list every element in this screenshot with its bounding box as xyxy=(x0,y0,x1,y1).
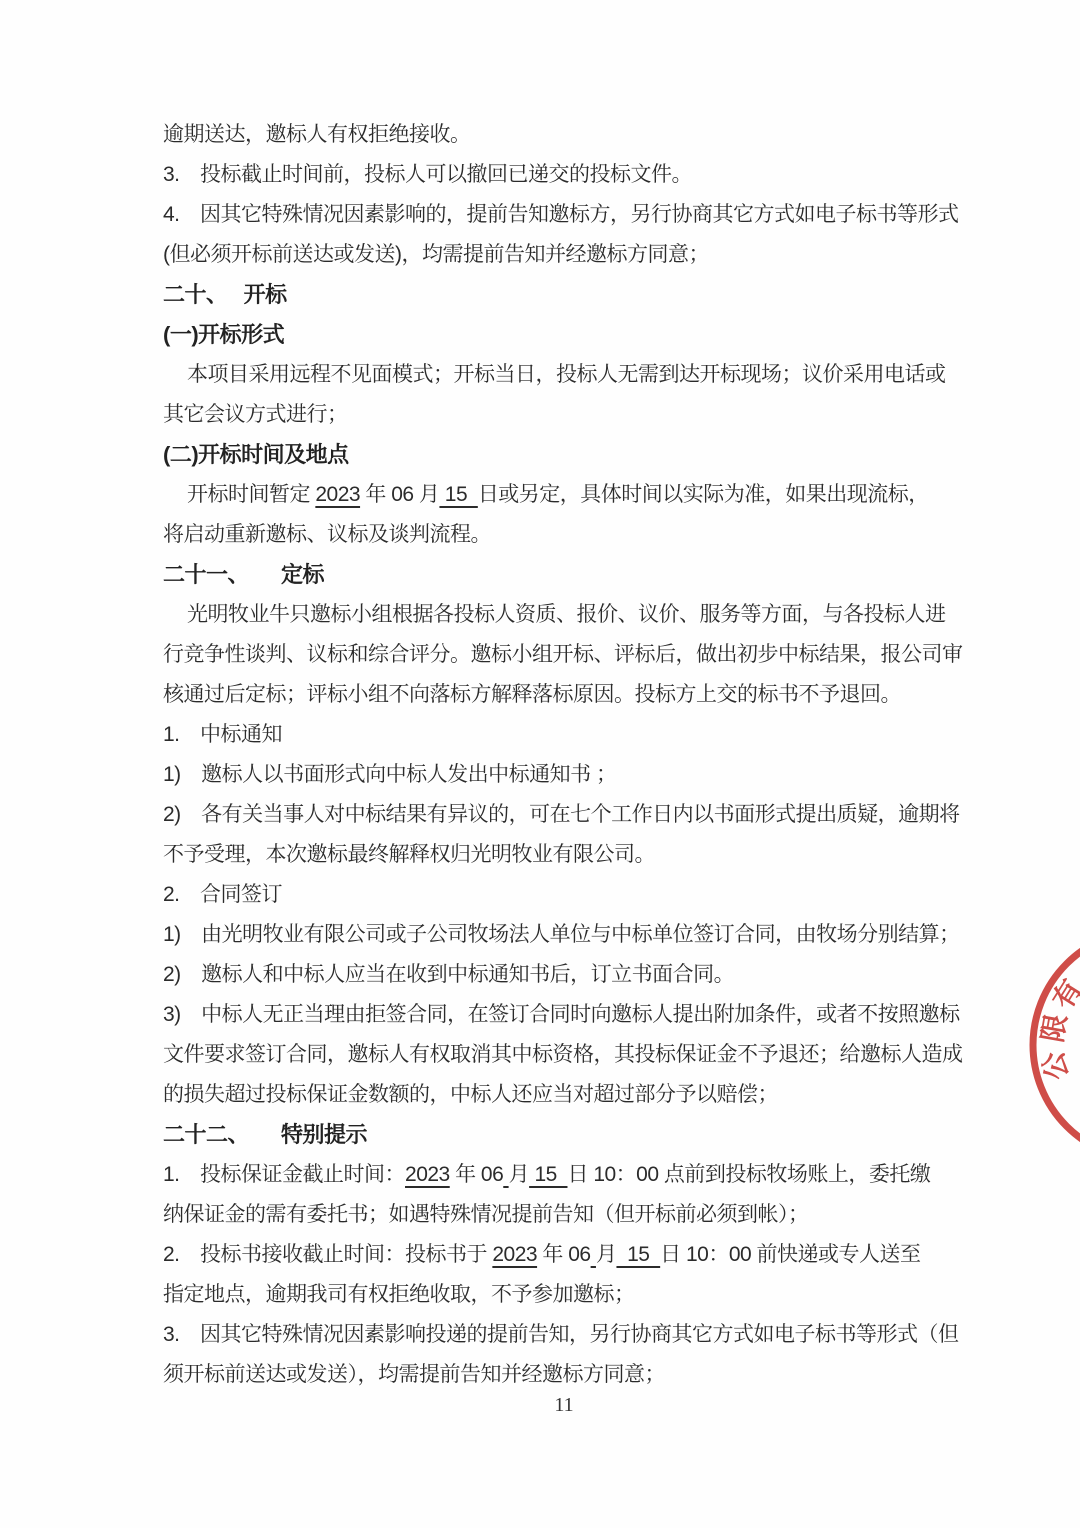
line-text: 指定地点，逾期我司有权拒绝收取，不予参加邀标； xyxy=(163,1283,635,1306)
line-text: 的损失超过投标保证金数额的，中标人还应当对超过部分予以赔偿； xyxy=(163,1083,778,1106)
line-text: 二十一、 定标 xyxy=(163,562,324,587)
document-line: 2. 投标书接收截止时间：投标书于 2023 年 06 月 15 日 10：00… xyxy=(163,1235,993,1275)
line-text: 4. 因其它特殊情况因素影响的，提前告知邀标方，另行协商其它方式如电子标书等形式 xyxy=(163,203,959,226)
line-text: 3. 因其它特殊情况因素影响投递的提前告知，另行协商其它方式如电子标书等形式（但 xyxy=(163,1323,959,1346)
underlined-text: 2023 xyxy=(315,483,360,506)
document-line: 1. 投标保证金截止时间：2023 年 06 月 15 日 10：00 点前到投… xyxy=(163,1155,993,1195)
document-line: 3. 投标截止时间前，投标人可以撤回已递交的投标文件。 xyxy=(163,155,993,195)
line-text: (二)开标时间及地点 xyxy=(163,442,349,467)
document-lines: 逾期送达，邀标人有权拒绝接收。3. 投标截止时间前，投标人可以撤回已递交的投标文… xyxy=(163,115,993,1395)
document-line: 1) 由光明牧业有限公司或子公司牧场法人单位与中标单位签订合同，由牧场分别结算； xyxy=(163,915,993,955)
page-number: 11 xyxy=(0,1394,1080,1417)
line-text: 日 10：00 点前到投标牧场账上，委托缴 xyxy=(567,1163,930,1186)
line-text: 将启动重新邀标、议标及谈判流程。 xyxy=(163,523,491,546)
document-line: 2) 邀标人和中标人应当在收到中标通知书后，订立书面合同。 xyxy=(163,955,993,995)
seal-group: 有 限 公 xyxy=(1033,930,1080,1160)
document-line: (但必须开标前送达或发送)，均需提前告知并经邀标方同意； xyxy=(163,235,993,275)
underlined-text: 15 xyxy=(439,483,477,506)
underlined-text: 2023 xyxy=(492,1243,537,1266)
line-text: 1. 投标保证金截止时间： xyxy=(163,1163,405,1186)
line-text: 2) 各有关当事人对中标结果有异议的，可在七个工作日内以书面形式提出质疑，逾期将 xyxy=(163,803,960,826)
line-text: 3) 中标人无正当理由拒签合同，在签订合同时向邀标人提出附加条件，或者不按照邀标 xyxy=(163,1003,960,1026)
document-line: 文件要求签订合同，邀标人有权取消其中标资格，其投标保证金不予退还；给邀标人造成 xyxy=(163,1035,993,1075)
line-text: (一)开标形式 xyxy=(163,322,284,347)
line-text: 二十二、 特别提示 xyxy=(163,1122,367,1147)
line-text: 年 06 xyxy=(537,1243,591,1266)
line-text: 其它会议方式进行； xyxy=(163,403,348,426)
document-heading-line: (一)开标形式 xyxy=(163,315,993,355)
underlined-text: 2023 xyxy=(405,1163,450,1186)
line-text: 不予受理，本次邀标最终解释权归光明牧业有限公司。 xyxy=(163,843,655,866)
document-line: 3) 中标人无正当理由拒签合同，在签订合同时向邀标人提出附加条件，或者不按照邀标 xyxy=(163,995,993,1035)
document-line: 开标时间暂定 2023 年 06 月 15 日或另定，具体时间以实际为准，如果出… xyxy=(163,475,993,515)
underlined-text: 15 xyxy=(529,1163,567,1186)
line-text: 年 06 xyxy=(450,1163,504,1186)
line-text: (但必须开标前送达或发送)，均需提前告知并经邀标方同意； xyxy=(163,243,709,266)
document-heading-line: 二十、 开标 xyxy=(163,275,993,315)
line-text: 年 06 月 xyxy=(360,483,439,506)
document-line: 须开标前送达或发送），均需提前告知并经邀标方同意； xyxy=(163,1355,993,1395)
document-heading-line: 二十二、 特别提示 xyxy=(163,1115,993,1155)
document-heading-line: 二十一、 定标 xyxy=(163,555,993,595)
line-text: 纳保证金的需有委托书；如遇特殊情况提前告知（但开标前必须到帐）； xyxy=(163,1203,809,1226)
document-line: 3. 因其它特殊情况因素影响投递的提前告知，另行协商其它方式如电子标书等形式（但 xyxy=(163,1315,993,1355)
line-text: 开标时间暂定 xyxy=(187,483,315,506)
line-text: 2. 投标书接收截止时间：投标书于 xyxy=(163,1243,492,1266)
document-line: 纳保证金的需有委托书；如遇特殊情况提前告知（但开标前必须到帐）； xyxy=(163,1195,993,1235)
line-text: 光明牧业牛只邀标小组根据各投标人资质、报价、议价、服务等方面，与各投标人进 xyxy=(187,603,946,626)
document-line: 2) 各有关当事人对中标结果有异议的，可在七个工作日内以书面形式提出质疑，逾期将 xyxy=(163,795,993,835)
document-line: 指定地点，逾期我司有权拒绝收取，不予参加邀标； xyxy=(163,1275,993,1315)
line-text: 1) 邀标人以书面形式向中标人发出中标通知书 ； xyxy=(163,763,617,786)
line-text: 1. 中标通知 xyxy=(163,723,282,746)
line-text: 月 xyxy=(596,1243,617,1266)
document-line: 2. 合同签订 xyxy=(163,875,993,915)
document-line: 不予受理，本次邀标最终解释权归光明牧业有限公司。 xyxy=(163,835,993,875)
line-text: 2. 合同签订 xyxy=(163,883,282,906)
seal-char-2: 限 xyxy=(1037,1012,1072,1045)
seal-char-3: 公 xyxy=(1037,1049,1074,1083)
line-text: 日或另定，具体时间以实际为准，如果出现流标， xyxy=(478,483,929,506)
document-heading-line: (二)开标时间及地点 xyxy=(163,435,993,475)
underlined-text: 15 xyxy=(616,1243,660,1266)
seal-char-1: 有 xyxy=(1047,974,1080,1014)
document-line: 的损失超过投标保证金数额的，中标人还应当对超过部分予以赔偿； xyxy=(163,1075,993,1115)
document-line: 其它会议方式进行； xyxy=(163,395,993,435)
line-text: 须开标前送达或发送），均需提前告知并经邀标方同意； xyxy=(163,1363,665,1386)
document-line: 行竞争性谈判、议标和综合评分。邀标小组开标、评标后，做出初步中标结果，报公司审 xyxy=(163,635,993,675)
seal-ring-border xyxy=(1033,930,1080,1160)
line-text: 1) 由光明牧业有限公司或子公司牧场法人单位与中标单位签订合同，由牧场分别结算； xyxy=(163,923,960,946)
line-text: 日 10：00 前快递或专人送至 xyxy=(660,1243,920,1266)
line-text: 逾期送达，邀标人有权拒绝接收。 xyxy=(163,123,471,146)
line-text: 月 xyxy=(509,1163,530,1186)
document-page: 逾期送达，邀标人有权拒绝接收。3. 投标截止时间前，投标人可以撤回已递交的投标文… xyxy=(0,0,1080,1528)
document-line: 1. 中标通知 xyxy=(163,715,993,755)
document-line: 本项目采用远程不见面模式；开标当日，投标人无需到达开标现场；议价采用电话或 xyxy=(163,355,993,395)
document-line: 4. 因其它特殊情况因素影响的，提前告知邀标方，另行协商其它方式如电子标书等形式 xyxy=(163,195,993,235)
document-line: 核通过后定标；评标小组不向落标方解释落标原因。投标方上交的标书不予退回。 xyxy=(163,675,993,715)
line-text: 文件要求签订合同，邀标人有权取消其中标资格，其投标保证金不予退还；给邀标人造成 xyxy=(163,1043,963,1066)
document-line: 1) 邀标人以书面形式向中标人发出中标通知书 ； xyxy=(163,755,993,795)
line-text: 二十、 开标 xyxy=(163,282,287,307)
line-text: 核通过后定标；评标小组不向落标方解释落标原因。投标方上交的标书不予退回。 xyxy=(163,683,901,706)
document-line: 将启动重新邀标、议标及谈判流程。 xyxy=(163,515,993,555)
line-text: 行竞争性谈判、议标和综合评分。邀标小组开标、评标后，做出初步中标结果，报公司审 xyxy=(163,643,963,666)
line-text: 本项目采用远程不见面模式；开标当日，投标人无需到达开标现场；议价采用电话或 xyxy=(187,363,946,386)
line-text: 3. 投标截止时间前，投标人可以撤回已递交的投标文件。 xyxy=(163,163,692,186)
line-text: 2) 邀标人和中标人应当在收到中标通知书后，订立书面合同。 xyxy=(163,963,734,986)
document-line: 逾期送达，邀标人有权拒绝接收。 xyxy=(163,115,993,155)
document-line: 光明牧业牛只邀标小组根据各投标人资质、报价、议价、服务等方面，与各投标人进 xyxy=(163,595,993,635)
